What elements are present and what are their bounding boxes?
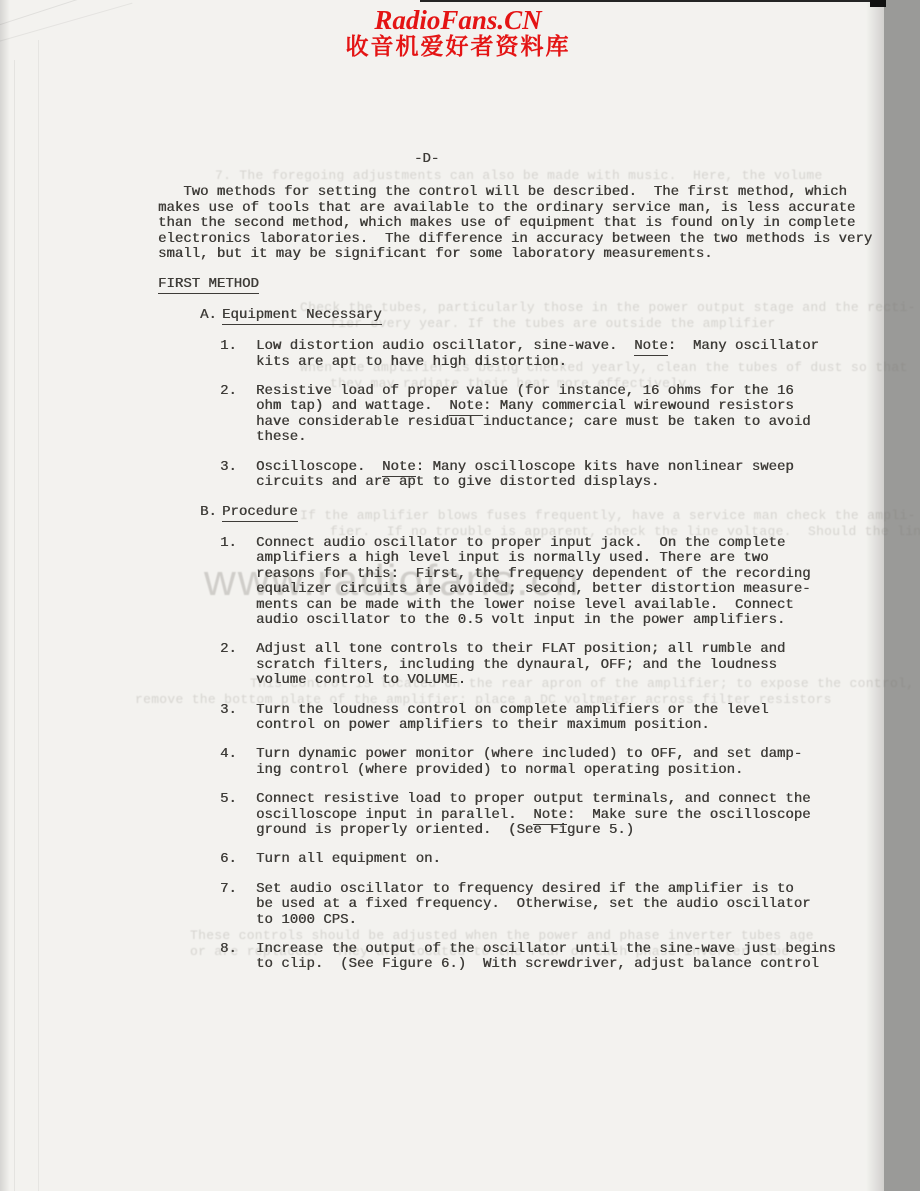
item-line: be used at a fixed frequency. Otherwise,… bbox=[256, 897, 811, 912]
item-number: 7. bbox=[220, 882, 256, 928]
item-number: 8. bbox=[220, 942, 256, 973]
item-line: ground is properly oriented. (See Figure… bbox=[256, 823, 811, 838]
intro-line: Two methods for setting the control will… bbox=[158, 185, 870, 200]
item-line: Turn the loudness control on complete am… bbox=[256, 703, 768, 718]
item-line: Set audio oscillator to frequency desire… bbox=[256, 882, 811, 897]
subsection-equipment-necessary: A.Equipment Necessary1.Low distortion au… bbox=[158, 308, 870, 491]
item-line: to clip. (See Figure 6.) With screwdrive… bbox=[256, 957, 836, 972]
list-item: 6.Turn all equipment on. bbox=[220, 852, 870, 867]
item-line: circuits and are apt to give distorted d… bbox=[256, 475, 794, 490]
item-line: to 1000 CPS. bbox=[256, 913, 811, 928]
site-name: RadioFans.CN bbox=[0, 6, 916, 34]
item-line: have considerable residual inductance; c… bbox=[256, 415, 811, 430]
scan-top-edge-line bbox=[420, 0, 886, 2]
item-line: audio oscillator to the 0.5 volt input i… bbox=[256, 613, 811, 628]
item-line: equalizer circuits are avoided; second, … bbox=[256, 582, 811, 597]
subsection-heading: A.Equipment Necessary bbox=[200, 308, 870, 325]
page-number: -D- bbox=[414, 152, 870, 167]
intro-line: electronics laboratories. The difference… bbox=[158, 232, 870, 247]
list-item: 3.Turn the loudness control on complete … bbox=[220, 703, 870, 734]
item-line: Oscilloscope. Note: Many oscilloscope ki… bbox=[256, 460, 794, 475]
item-text: Connect audio oscillator to proper input… bbox=[256, 536, 811, 628]
intro-paragraph: Two methods for setting the control will… bbox=[158, 185, 870, 262]
item-line: Increase the output of the oscillator un… bbox=[256, 942, 836, 957]
item-text: Oscilloscope. Note: Many oscilloscope ki… bbox=[256, 460, 794, 491]
section-title: FIRST METHOD bbox=[158, 277, 870, 292]
item-line: control on power amplifiers to their max… bbox=[256, 718, 768, 733]
item-number: 1. bbox=[220, 339, 256, 370]
item-line: oscilloscope input in parallel. Note: Ma… bbox=[256, 808, 811, 823]
subsection-title: Procedure bbox=[222, 505, 298, 522]
item-text: Turn all equipment on. bbox=[256, 852, 441, 867]
item-text: Set audio oscillator to frequency desire… bbox=[256, 882, 811, 928]
item-number: 2. bbox=[220, 642, 256, 688]
subsection-heading: B.Procedure bbox=[200, 505, 870, 522]
subsection-label: B. bbox=[200, 505, 222, 522]
item-text: Increase the output of the oscillator un… bbox=[256, 942, 836, 973]
document-body: -D- Two methods for setting the control … bbox=[158, 152, 870, 987]
left-page-edge bbox=[0, 0, 10, 1191]
scanner-background-strip bbox=[884, 0, 920, 1191]
subsection-label: A. bbox=[200, 308, 222, 325]
list-item: 4.Turn dynamic power monitor (where incl… bbox=[220, 747, 870, 778]
item-number: 5. bbox=[220, 792, 256, 838]
list-item: 1.Low distortion audio oscillator, sine-… bbox=[220, 339, 870, 370]
item-line: Adjust all tone controls to their FLAT p… bbox=[256, 642, 785, 657]
item-text: Adjust all tone controls to their FLAT p… bbox=[256, 642, 785, 688]
intro-line: small, but it may be significant for som… bbox=[158, 247, 870, 262]
item-line: kits are apt to have high distortion. bbox=[256, 355, 819, 370]
list-item: 1.Connect audio oscillator to proper inp… bbox=[220, 536, 870, 628]
site-name-chinese: 收音机爱好者资料库 bbox=[0, 34, 916, 60]
item-text: Turn dynamic power monitor (where includ… bbox=[256, 747, 802, 778]
item-line: ments can be made with the lower noise l… bbox=[256, 598, 811, 613]
subsection-title: Equipment Necessary bbox=[222, 308, 382, 325]
item-line: Connect audio oscillator to proper input… bbox=[256, 536, 811, 551]
list-item: 2.Resistive load of proper value (for in… bbox=[220, 384, 870, 446]
item-line: these. bbox=[256, 430, 811, 445]
item-number: 2. bbox=[220, 384, 256, 446]
subsections: A.Equipment Necessary1.Low distortion au… bbox=[158, 308, 870, 973]
list-item: 2.Adjust all tone controls to their FLAT… bbox=[220, 642, 870, 688]
scanned-page: { "header": { "site_name": "RadioFans.CN… bbox=[0, 0, 920, 1191]
subsection-procedure: B.Procedure1.Connect audio oscillator to… bbox=[158, 505, 870, 973]
item-number: 4. bbox=[220, 747, 256, 778]
list-item: 7.Set audio oscillator to frequency desi… bbox=[220, 882, 870, 928]
item-text: Connect resistive load to proper output … bbox=[256, 792, 811, 838]
list-item: 3.Oscilloscope. Note: Many oscilloscope … bbox=[220, 460, 870, 491]
intro-line: than the second method, which makes use … bbox=[158, 216, 870, 231]
item-line: Resistive load of proper value (for inst… bbox=[256, 384, 811, 399]
item-line: amplifiers a high level input is normall… bbox=[256, 551, 811, 566]
list-item: 8.Increase the output of the oscillator … bbox=[220, 942, 870, 973]
item-number: 3. bbox=[220, 703, 256, 734]
item-line: reasons for this: First, the frequency d… bbox=[256, 567, 811, 582]
site-header: RadioFans.CN 收音机爱好者资料库 bbox=[0, 6, 916, 60]
item-line: ing control (where provided) to normal o… bbox=[256, 763, 802, 778]
underlined-word: Note bbox=[634, 338, 668, 356]
intro-line: makes use of tools that are available to… bbox=[158, 201, 870, 216]
item-line: volume control to VOLUME. bbox=[256, 673, 785, 688]
item-line: Turn dynamic power monitor (where includ… bbox=[256, 747, 802, 762]
item-line: Connect resistive load to proper output … bbox=[256, 792, 811, 807]
item-number: 1. bbox=[220, 536, 256, 628]
under-page-edge-line bbox=[14, 60, 15, 1191]
item-line: Low distortion audio oscillator, sine-wa… bbox=[256, 339, 819, 354]
item-line: scratch filters, including the dynaural,… bbox=[256, 658, 785, 673]
under-page-edge-line bbox=[38, 40, 39, 1191]
item-text: Low distortion audio oscillator, sine-wa… bbox=[256, 339, 819, 370]
item-number: 3. bbox=[220, 460, 256, 491]
item-text: Resistive load of proper value (for inst… bbox=[256, 384, 811, 446]
list-item: 5.Connect resistive load to proper outpu… bbox=[220, 792, 870, 838]
item-line: Turn all equipment on. bbox=[256, 852, 441, 867]
item-line: ohm tap) and wattage. Note: Many commerc… bbox=[256, 399, 811, 414]
item-number: 6. bbox=[220, 852, 256, 867]
item-text: Turn the loudness control on complete am… bbox=[256, 703, 768, 734]
